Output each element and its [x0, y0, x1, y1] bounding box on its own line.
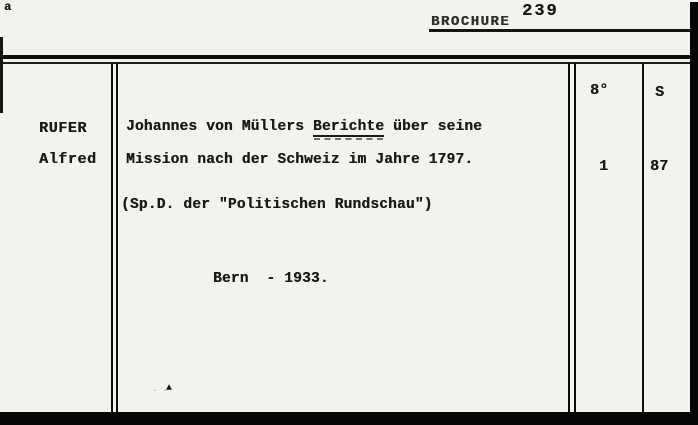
series-note: (Sp.D. der "Politischen Rundschau") [121, 197, 433, 213]
brochure-label: BROCHURE [431, 14, 510, 30]
codes-inner-separator [642, 63, 644, 412]
card-top-rule-thick [0, 55, 691, 59]
codes-column-separator-inner [574, 63, 576, 412]
header-underline-rule [429, 29, 690, 32]
series-code: S [655, 84, 664, 101]
format-code: 8° [590, 82, 608, 99]
card-top-rule-thin [0, 62, 691, 64]
left-scan-edge-artifact [0, 37, 3, 113]
title-line1-pre: Johannes von Müllers [126, 119, 313, 135]
author-forename: Alfred [39, 151, 97, 168]
scanned-catalog-card: a 239 BROCHURE RUFER Alfred Johannes von… [0, 0, 698, 425]
stray-mark-blob: ▲ [166, 383, 172, 394]
volume-code: 1 [599, 158, 608, 175]
title-line-2: Mission nach der Schweiz im Jahre 1797. [126, 152, 473, 168]
title-underlined-word: Berichte [313, 119, 384, 137]
number-code: 87 [650, 158, 668, 175]
author-column-separator-inner [116, 63, 118, 412]
author-surname: RUFER [39, 120, 87, 137]
author-column-separator [111, 63, 113, 412]
codes-column-separator [568, 63, 570, 412]
corner-mark: a [4, 0, 11, 14]
title-line-1: Johannes von Müllers Berichte über seine [126, 119, 482, 135]
bottom-scan-edge-bar [0, 412, 698, 425]
title-line1-post: über seine [384, 119, 482, 135]
right-scan-edge-bar [690, 2, 698, 425]
page-number: 239 [522, 2, 559, 21]
imprint: Bern - 1933. [213, 271, 329, 287]
